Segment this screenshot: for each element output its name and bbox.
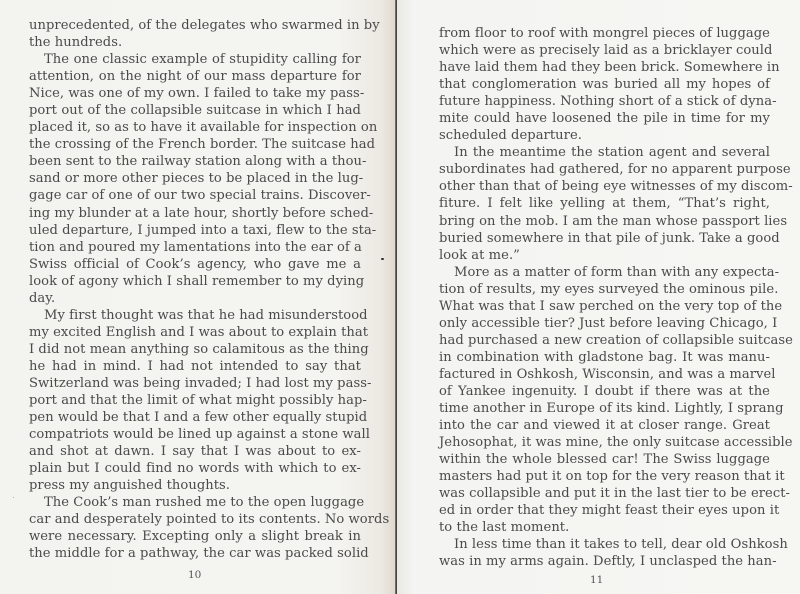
right-page-number: 11 [590, 574, 603, 586]
text-line: Jehosophat, it was mine, the only suitca… [439, 434, 770, 451]
text-line: masters had put it on top for the very r… [439, 468, 770, 485]
text-line: from floor to roof with mongrel pieces o… [439, 25, 770, 42]
text-line: unprecedented, of the delegates who swar… [29, 17, 361, 34]
text-line: Nice, was one of my own. I failed to tak… [29, 85, 361, 102]
text-line: Swiss official of Cook’s agency, who gav… [29, 256, 361, 273]
text-line: I did not mean anything so calamitous as… [29, 341, 361, 358]
text-line: placed it, so as to have it available fo… [29, 119, 361, 136]
text-line: My first thought was that he had misunde… [29, 307, 361, 324]
text-line: sand or more other pieces to be placed i… [29, 170, 361, 187]
text-line: scheduled departure. [439, 127, 770, 144]
text-line: he had in mind. I had not intended to sa… [29, 358, 361, 375]
text-line: my excited English and I was about to ex… [29, 324, 361, 341]
text-line: of Yankee ingenuity. I doubt if there wa… [439, 383, 770, 400]
text-line: In less time than it takes to tell, dear… [439, 536, 770, 553]
text-line: press my anguished thoughts. [29, 477, 361, 494]
left-page-number: 10 [188, 569, 201, 581]
text-line: attention, on the night of our mass depa… [29, 68, 361, 85]
text-line: into the car and viewed it at closer ran… [439, 417, 770, 434]
text-line: been sent to the railway station along w… [29, 153, 361, 170]
text-line: tion of results, my eyes surveyed the om… [439, 281, 770, 298]
text-line: gage car of one of our two special train… [29, 187, 361, 204]
left-page-body-text: unprecedented, of the delegates who swar… [29, 17, 361, 563]
text-line: other than that of being eye witnesses o… [439, 178, 770, 195]
text-line: fiture. I felt like yelling at them, “Th… [439, 195, 770, 212]
right-page: from floor to roof with mongrel pieces o… [397, 0, 800, 594]
text-line: car and desperately pointed to its conte… [29, 511, 361, 528]
text-line: The Cook’s man rushed me to the open lug… [29, 494, 361, 511]
text-line: and shot at dawn. I say that I was about… [29, 443, 361, 460]
text-line: tion and poured my lamentations into the… [29, 239, 361, 256]
text-line: in combination with gladstone bag. It wa… [439, 349, 770, 366]
text-line: that conglomeration was buried all my ho… [439, 76, 770, 93]
text-line: were necessary. Excepting only a slight … [29, 528, 361, 545]
text-line: factured in Oshkosh, Wisconsin, and was … [439, 366, 770, 383]
text-line: port out of the collapsible suitcase in … [29, 102, 361, 119]
right-page-body-text: from floor to roof with mongrel pieces o… [439, 25, 770, 571]
ink-speck [381, 258, 384, 260]
text-line: look of agony which I shall remember to … [29, 273, 361, 290]
text-line: the middle for a pathway, the car was pa… [29, 545, 361, 562]
text-line: More as a matter of form than with any e… [439, 264, 770, 281]
text-line: pen would be that I and a few other equa… [29, 409, 361, 426]
text-line: ing my blunder at a late hour, shortly b… [29, 205, 361, 222]
text-line: look at me.” [439, 247, 770, 264]
text-line: In the meantime the station agent and se… [439, 144, 770, 161]
text-line: to the last moment. [439, 519, 770, 536]
text-line: bring on the mob. I am the man whose pas… [439, 213, 770, 230]
text-line: which were as precisely laid as a brickl… [439, 42, 770, 59]
text-line: The one classic example of stupidity cal… [29, 51, 361, 68]
text-line: day. [29, 290, 361, 307]
ink-speck [13, 497, 14, 498]
text-line: was collapsible and put it in the last t… [439, 485, 770, 502]
text-line: buried somewhere in that pile of junk. T… [439, 230, 770, 247]
text-line: mite could have loosened the pile in tim… [439, 110, 770, 127]
text-line: plain but I could find no words with whi… [29, 460, 361, 477]
text-line: only accessible tier? Just before leavin… [439, 315, 770, 332]
text-line: within the whole blessed car! The Swiss … [439, 451, 770, 468]
text-line: ed in order that they might feast their … [439, 502, 770, 519]
book-spread: unprecedented, of the delegates who swar… [0, 0, 800, 594]
text-line: the hundreds. [29, 34, 361, 51]
text-line: subordinates had gathered, for no appare… [439, 161, 770, 178]
text-line: have laid them had they been brick. Some… [439, 59, 770, 76]
text-line: had purchased a new creation of collapsi… [439, 332, 770, 349]
text-line: future happiness. Nothing short of a sti… [439, 93, 770, 110]
text-line: Switzerland was being invaded; I had los… [29, 375, 361, 392]
left-page: unprecedented, of the delegates who swar… [0, 0, 397, 594]
text-line: time another in Europe of its kind. Ligh… [439, 400, 770, 417]
text-line: was in my arms again. Deftly, I unclaspe… [439, 553, 770, 570]
text-line: compatriots would be lined up against a … [29, 426, 361, 443]
text-line: port and that the limit of what might po… [29, 392, 361, 409]
text-line: the crossing of the French border. The s… [29, 136, 361, 153]
text-line: What was that I saw perched on the very … [439, 298, 770, 315]
text-line: uled departure, I jumped into a taxi, fl… [29, 222, 361, 239]
